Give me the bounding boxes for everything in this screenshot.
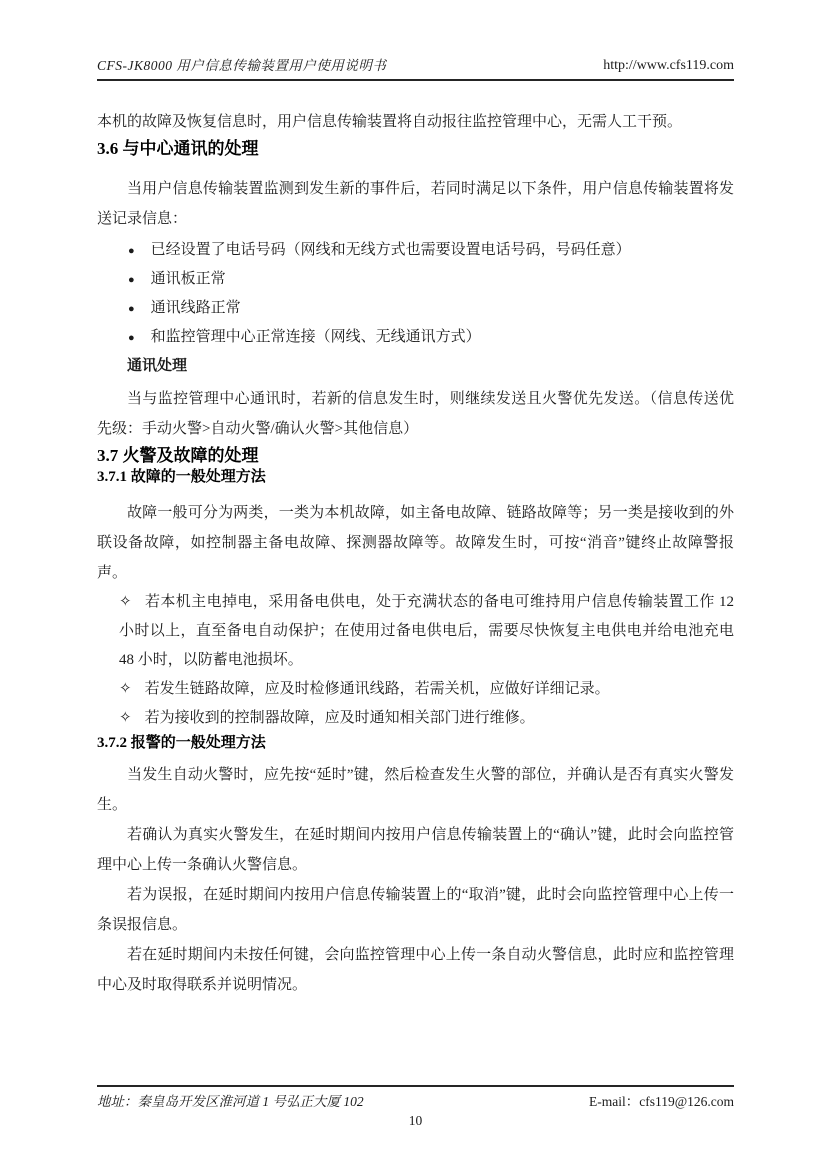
list-item: ●和监控管理中心正常连接（网线、无线通讯方式） <box>97 323 734 352</box>
section-3-6-intro-paragraph: 当用户信息传输装置监测到发生新的事件后，若同时满足以下条件，用户信息传输装置将发… <box>97 174 734 234</box>
footer-address: 地址：秦皇岛开发区淮河道 1 号弘正大厦 102 <box>97 1090 364 1110</box>
page-footer: 地址：秦皇岛开发区淮河道 1 号弘正大厦 102 E-mail：cfs119@1… <box>97 1085 734 1129</box>
section-3-7-heading: 3.7 火警及故障的处理 <box>97 444 734 467</box>
section-3-7-2-heading: 3.7.2 报警的一般处理方法 <box>97 733 734 754</box>
list-item: ●通讯线路正常 <box>97 294 734 323</box>
diamond-icon: ✧ <box>119 594 132 610</box>
page-header: CFS-JK8000 用户信息传输装置用户使用说明书 http://www.cf… <box>97 0 734 81</box>
comm-handling-subheading: 通讯处理 <box>97 352 734 380</box>
alarm-handling-paragraph: 若确认为真实火警发生，在延时期间内按用户信息传输装置上的“确认”键，此时会向监控… <box>97 820 734 880</box>
list-item-text: 和监控管理中心正常连接（网线、无线通讯方式） <box>151 329 481 345</box>
page-body: CFS-JK8000 用户信息传输装置用户使用说明书 http://www.cf… <box>0 0 830 1000</box>
list-item-text: 若本机主电掉电，采用备电供电，处于充满状态的备电可维持用户信息传输装置工作 12… <box>119 594 734 668</box>
fault-handling-list: ✧若本机主电掉电，采用备电供电，处于充满状态的备电可维持用户信息传输装置工作 1… <box>97 588 734 733</box>
footer-contact-row: 地址：秦皇岛开发区淮河道 1 号弘正大厦 102 E-mail：cfs119@1… <box>97 1090 734 1110</box>
list-item: ✧若本机主电掉电，采用备电供电，处于充满状态的备电可维持用户信息传输装置工作 1… <box>97 588 734 675</box>
header-doc-title: CFS-JK8000 用户信息传输装置用户使用说明书 <box>97 54 386 74</box>
header-website-url: http://www.cfs119.com <box>603 58 734 74</box>
list-item: ✧若发生链路故障，应及时检修通讯线路，若需关机，应做好详细记录。 <box>97 675 734 704</box>
list-item-text: 若发生链路故障，应及时检修通讯线路，若需关机，应做好详细记录。 <box>145 681 610 697</box>
list-item-text: 通讯板正常 <box>151 271 226 287</box>
fault-handling-intro-paragraph: 故障一般可分为两类，一类为本机故障，如主备电故障、链路故障等；另一类是接收到的外… <box>97 498 734 588</box>
bullet-icon: ● <box>128 245 135 257</box>
alarm-handling-paragraph: 若为误报，在延时期间内按用户信息传输装置上的“取消”键，此时会向监控管理中心上传… <box>97 880 734 940</box>
list-item-text: 若为接收到的控制器故障，应及时通知相关部门进行维修。 <box>145 710 535 726</box>
bullet-icon: ● <box>128 274 135 286</box>
send-conditions-list: ●已经设置了电话号码（网线和无线方式也需要设置电话号码，号码任意） ●通讯板正常… <box>97 236 734 352</box>
bullet-icon: ● <box>128 332 135 344</box>
comm-handling-paragraph: 当与监控管理中心通讯时，若新的信息发生时，则继续发送且火警优先发送。（信息传送优… <box>97 384 734 444</box>
list-item: ✧若为接收到的控制器故障，应及时通知相关部门进行维修。 <box>97 704 734 733</box>
page-number: 10 <box>97 1113 734 1129</box>
section-3-6-heading: 3.6 与中心通讯的处理 <box>97 137 734 160</box>
alarm-handling-paragraph: 当发生自动火警时，应先按“延时”键，然后检查发生火警的部位，并确认是否有真实火警… <box>97 760 734 820</box>
document-page: CFS-JK8000 用户信息传输装置用户使用说明书 http://www.cf… <box>0 0 830 1174</box>
section-3-7-1-heading: 3.7.1 故障的一般处理方法 <box>97 467 734 488</box>
list-item: ●已经设置了电话号码（网线和无线方式也需要设置电话号码，号码任意） <box>97 236 734 265</box>
diamond-icon: ✧ <box>119 710 132 726</box>
list-item-text: 已经设置了电话号码（网线和无线方式也需要设置电话号码，号码任意） <box>151 242 631 258</box>
list-item: ●通讯板正常 <box>97 265 734 294</box>
alarm-handling-paragraph: 若在延时期间内未按任何键，会向监控管理中心上传一条自动火警信息，此时应和监控管理… <box>97 940 734 1000</box>
bullet-icon: ● <box>128 303 135 315</box>
list-item-text: 通讯线路正常 <box>151 300 241 316</box>
footer-email: E-mail：cfs119@126.com <box>589 1090 734 1110</box>
intro-paragraph: 本机的故障及恢复信息时，用户信息传输装置将自动报往监控管理中心，无需人工干预。 <box>97 107 734 137</box>
diamond-icon: ✧ <box>119 681 132 697</box>
